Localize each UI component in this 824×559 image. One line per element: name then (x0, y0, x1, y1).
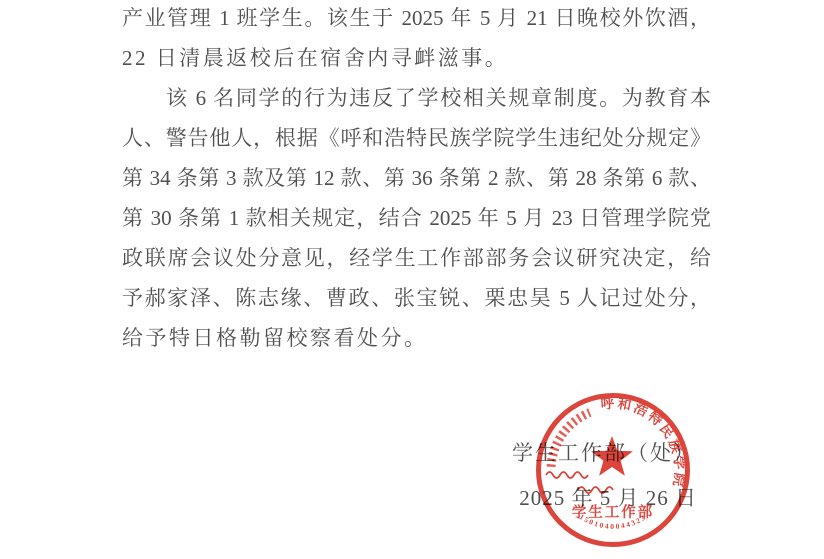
official-seal: 呼和浩特民族学院 学生工作部 1501040044323 (536, 393, 690, 547)
mongolian-script-decoration (578, 487, 613, 493)
body-text-line: 政联席会议处分意见，经学生工作部部务会议研究决定，给 (122, 238, 711, 278)
document-page: 产业管理 1 班学生。该生于 2025 年 5 月 21 日晚校外饮酒， 22 … (0, 0, 824, 559)
body-text-line: 该 6 名同学的行为违反了学校相关规章制度。为教育本 (122, 78, 711, 118)
body-text-line: 22 日清晨返校后在宿舍内寻衅滋事。 (122, 38, 711, 78)
body-text-line: 人、警告他人，根据《呼和浩特民族学院学生违纪处分规定》 (122, 118, 711, 158)
mongolian-script-decoration (546, 472, 588, 478)
body-text-line: 予郝家泽、陈志缘、曹政、张宝锐、栗忠昊 5 人记过处分， (122, 278, 711, 318)
star-icon (591, 436, 633, 476)
body-text-line: 给予特日格勒留校察看处分。 (122, 318, 711, 358)
body-text-line: 第 30 条第 1 款相关规定，结合 2025 年 5 月 23 日管理学院党 (122, 198, 711, 238)
body-text-line: 第 34 条第 3 款及第 12 款、第 36 条第 2 款、第 28 条第 6… (122, 158, 711, 198)
body-text-line: 产业管理 1 班学生。该生于 2025 年 5 月 21 日晚校外饮酒， (122, 0, 711, 38)
document-body: 产业管理 1 班学生。该生于 2025 年 5 月 21 日晚校外饮酒， 22 … (122, 0, 711, 358)
